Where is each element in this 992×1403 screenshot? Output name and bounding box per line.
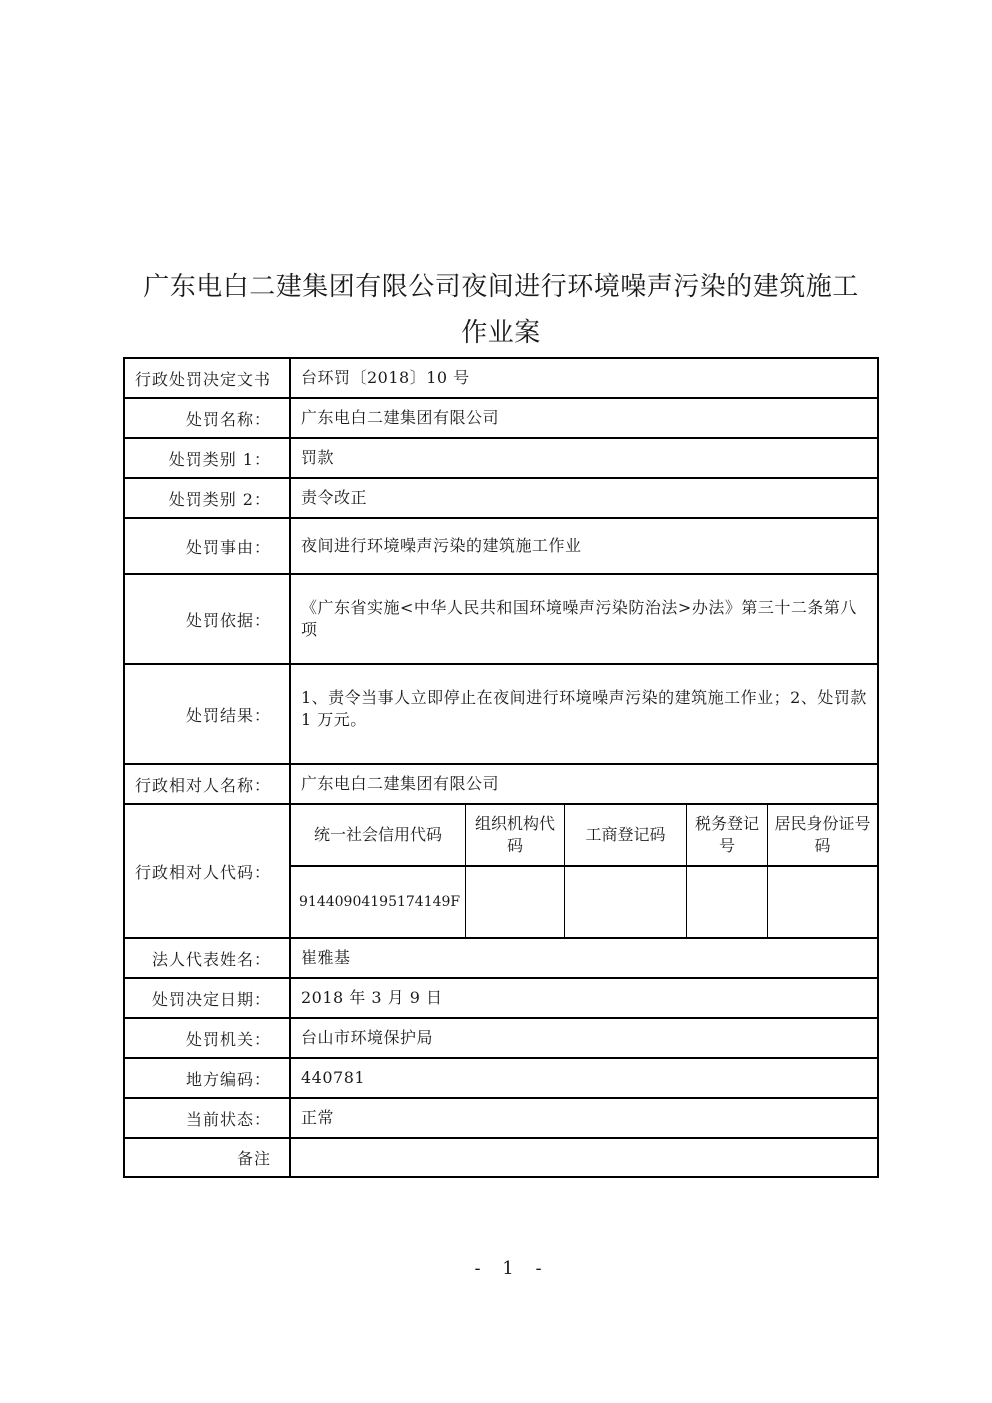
value-tax-registration-number	[687, 867, 768, 937]
row-decision-document: 行政处罚决定文书 台环罚〔2018〕10 号	[125, 359, 877, 397]
row-local-code: 地方编码： 440781	[125, 1057, 877, 1097]
codes-header-row: 统一社会信用代码 组织机构代码 工商登记码 税务登记号 居民身份证号码	[291, 805, 877, 865]
value-penalty-type-2: 责令改正	[291, 479, 877, 517]
value-decision-date: 2018 年 3 月 9 日	[291, 979, 877, 1017]
label-decision-document: 行政处罚决定文书	[125, 359, 291, 397]
label-decision-date: 处罚决定日期：	[125, 979, 291, 1017]
label-penalty-type-2: 处罚类别 2：	[125, 479, 291, 517]
row-penalty-reason: 处罚事由： 夜间进行环境噪声污染的建筑施工作业	[125, 517, 877, 573]
codes-value-row: 91440904195174149F	[291, 865, 877, 937]
row-penalty-result: 处罚结果： 1、责令当事人立即停止在夜间进行环境噪声污染的建筑施工作业；2、处罚…	[125, 663, 877, 763]
value-decision-document: 台环罚〔2018〕10 号	[291, 359, 877, 397]
label-remarks: 备注	[125, 1139, 291, 1176]
label-penalty-authority: 处罚机关：	[125, 1019, 291, 1057]
value-penalty-name: 广东电白二建集团有限公司	[291, 399, 877, 437]
label-local-code: 地方编码：	[125, 1059, 291, 1097]
value-resident-id-number	[768, 867, 877, 937]
document-title-line2: 作业案	[123, 312, 879, 349]
row-penalty-basis: 处罚依据： 《广东省实施<中华人民共和国环境噪声污染防治法>办法》第三十二条第八…	[125, 573, 877, 663]
header-resident-id-number: 居民身份证号码	[768, 805, 877, 865]
value-penalty-result: 1、责令当事人立即停止在夜间进行环境噪声污染的建筑施工作业；2、处罚款 1 万元…	[291, 665, 877, 763]
value-penalty-basis: 《广东省实施<中华人民共和国环境噪声污染防治法>办法》第三十二条第八项	[291, 575, 877, 663]
value-remarks	[291, 1139, 877, 1176]
row-penalty-name: 处罚名称： 广东电白二建集团有限公司	[125, 397, 877, 437]
page-number: - 1 -	[0, 1258, 992, 1279]
row-counterparty-name: 行政相对人名称： 广东电白二建集团有限公司	[125, 763, 877, 803]
label-penalty-reason: 处罚事由：	[125, 519, 291, 573]
codes-subtable: 统一社会信用代码 组织机构代码 工商登记码 税务登记号 居民身份证号码 9144…	[291, 805, 877, 937]
value-organization-code	[466, 867, 565, 937]
value-local-code: 440781	[291, 1059, 877, 1097]
value-penalty-reason: 夜间进行环境噪声污染的建筑施工作业	[291, 519, 877, 573]
value-counterparty-name: 广东电白二建集团有限公司	[291, 765, 877, 803]
label-penalty-name: 处罚名称：	[125, 399, 291, 437]
row-decision-date: 处罚决定日期： 2018 年 3 月 9 日	[125, 977, 877, 1017]
row-legal-representative: 法人代表姓名： 崔雅基	[125, 937, 877, 977]
label-penalty-basis: 处罚依据：	[125, 575, 291, 663]
value-legal-representative: 崔雅基	[291, 939, 877, 977]
label-penalty-result: 处罚结果：	[125, 665, 291, 763]
value-current-status: 正常	[291, 1099, 877, 1137]
label-counterparty-codes: 行政相对人代码：	[125, 805, 291, 937]
row-penalty-authority: 处罚机关： 台山市环境保护局	[125, 1017, 877, 1057]
header-organization-code: 组织机构代码	[466, 805, 565, 865]
label-penalty-type-1: 处罚类别 1：	[125, 439, 291, 477]
value-penalty-type-1: 罚款	[291, 439, 877, 477]
document-title-line1: 广东电白二建集团有限公司夜间进行环境噪声污染的建筑施工	[123, 266, 879, 303]
value-penalty-authority: 台山市环境保护局	[291, 1019, 877, 1057]
label-counterparty-name: 行政相对人名称：	[125, 765, 291, 803]
header-unified-credit-code: 统一社会信用代码	[291, 805, 466, 865]
row-remarks: 备注	[125, 1137, 877, 1176]
penalty-info-table: 行政处罚决定文书 台环罚〔2018〕10 号 处罚名称： 广东电白二建集团有限公…	[123, 357, 879, 1178]
label-legal-representative: 法人代表姓名：	[125, 939, 291, 977]
label-current-status: 当前状态：	[125, 1099, 291, 1137]
row-penalty-type-1: 处罚类别 1： 罚款	[125, 437, 877, 477]
header-tax-registration-number: 税务登记号	[687, 805, 768, 865]
value-business-registration-code	[565, 867, 687, 937]
value-unified-credit-code: 91440904195174149F	[291, 867, 466, 937]
header-business-registration-code: 工商登记码	[565, 805, 687, 865]
row-counterparty-codes: 行政相对人代码： 统一社会信用代码 组织机构代码 工商登记码 税务登记号 居民身…	[125, 803, 877, 937]
row-current-status: 当前状态： 正常	[125, 1097, 877, 1137]
row-penalty-type-2: 处罚类别 2： 责令改正	[125, 477, 877, 517]
